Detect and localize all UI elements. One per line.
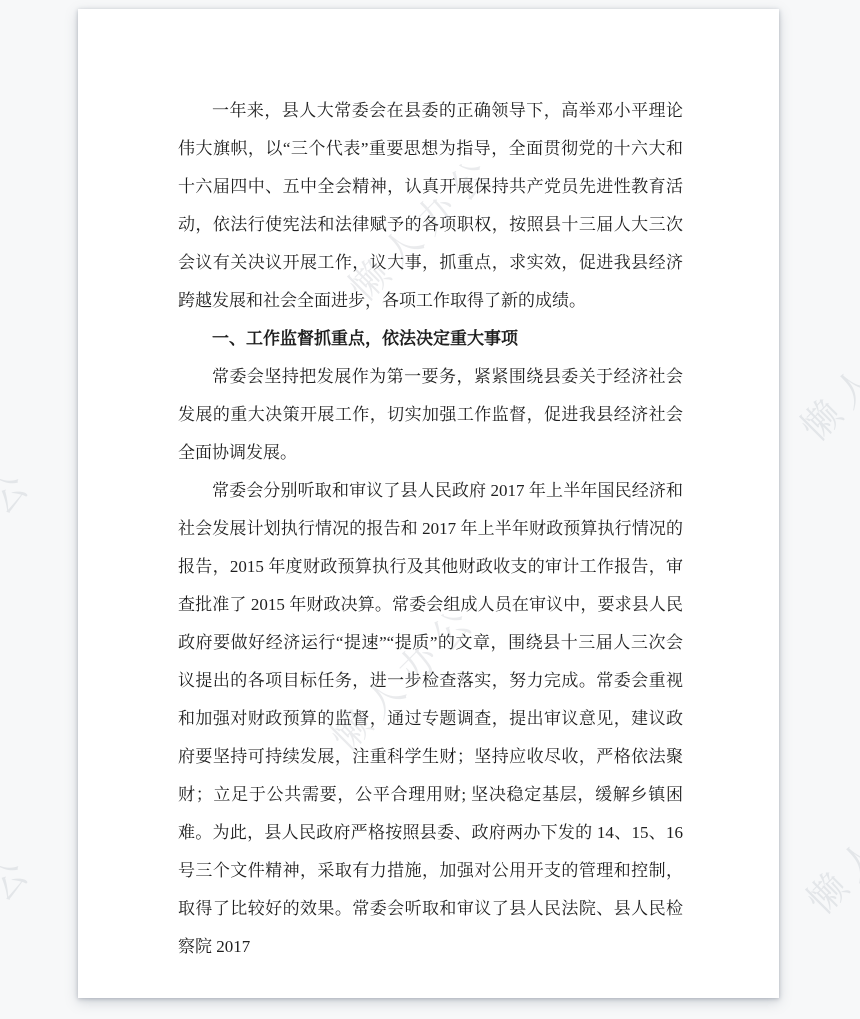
- watermark-text: 懒人办公: [792, 752, 860, 924]
- paragraph: 一年来，县人大常委会在县委的正确领导下，高举邓小平理论伟大旗帜，以“三个代表”重…: [178, 92, 683, 320]
- watermark-text: 懒人办公: [0, 452, 44, 624]
- watermark-text: 懒人办公: [0, 839, 44, 1011]
- paragraph: 常委会坚持把发展作为第一要务，紧紧围绕县委关于经济社会发展的重大决策开展工作，切…: [178, 358, 683, 472]
- section-heading: 一、工作监督抓重点，依法决定重大事项: [178, 320, 683, 358]
- paragraph: 常委会分别听取和审议了县人民政府 2017 年上半年国民经济和社会发展计划执行情…: [178, 472, 683, 966]
- document-page: 一年来，县人大常委会在县委的正确领导下，高举邓小平理论伟大旗帜，以“三个代表”重…: [78, 9, 779, 998]
- watermark-text: 懒人办公: [786, 279, 860, 451]
- document-viewer-background: 一年来，县人大常委会在县委的正确领导下，高举邓小平理论伟大旗帜，以“三个代表”重…: [0, 0, 860, 1019]
- document-body: 一年来，县人大常委会在县委的正确领导下，高举邓小平理论伟大旗帜，以“三个代表”重…: [178, 92, 683, 966]
